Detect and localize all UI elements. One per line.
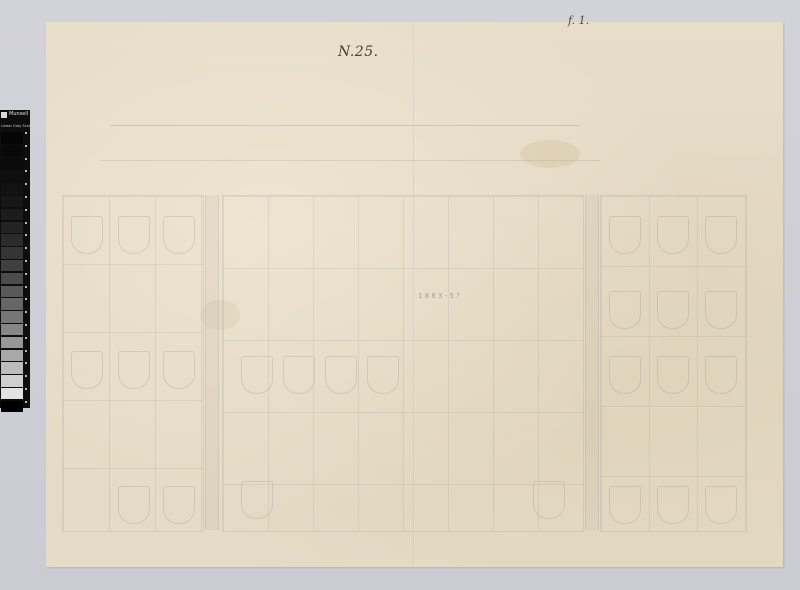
gray-patch: [1, 324, 23, 336]
munsell-logo-icon: [1, 112, 7, 118]
coat-of-arms-icon: [283, 356, 315, 394]
coat-of-arms-icon: [241, 356, 273, 394]
catalog-number: N.25.: [338, 44, 379, 60]
coat-of-arms-icon: [609, 486, 641, 524]
gray-patch: [1, 170, 23, 182]
coat-of-arms-icon: [657, 486, 689, 524]
corner-mark: f. 1.: [568, 14, 589, 27]
scale-tick: [25, 196, 27, 198]
ghost-center-panel: [222, 195, 584, 532]
scale-tick: [25, 209, 27, 211]
scale-tick: [25, 401, 27, 403]
scale-tick: [25, 375, 27, 377]
coat-of-arms-icon: [163, 351, 195, 389]
scale-tick: [25, 132, 27, 134]
gray-patch: [1, 145, 23, 157]
gray-patch: [1, 362, 23, 374]
scale-tick: [25, 362, 27, 364]
coat-of-arms-icon: [609, 216, 641, 254]
scale-label: Linear Gray Scale: [1, 124, 32, 128]
gray-patch: [1, 132, 23, 144]
gray-patch: [1, 209, 23, 221]
scale-tick: [25, 247, 27, 249]
coat-of-arms-icon: [705, 486, 737, 524]
scale-tick: [25, 170, 27, 172]
scale-tick: [25, 388, 27, 390]
gray-patch: [1, 158, 23, 170]
paper-stain: [520, 140, 580, 168]
scale-tick: [25, 273, 27, 275]
coat-of-arms-icon: [118, 216, 150, 254]
gray-patch: [1, 375, 23, 387]
ghost-right-heraldry: [600, 195, 747, 532]
gray-patch: [1, 234, 23, 246]
scale-tick: [25, 311, 27, 313]
gray-patch: [1, 337, 23, 349]
coat-of-arms-icon: [705, 356, 737, 394]
coat-of-arms-icon: [71, 351, 103, 389]
scale-tick: [25, 286, 27, 288]
coat-of-arms-icon: [705, 216, 737, 254]
gray-patch: [1, 247, 23, 259]
coat-of-arms-icon: [657, 356, 689, 394]
gray-patch: [1, 260, 23, 272]
coat-of-arms-icon: [163, 486, 195, 524]
ghost-border-column: [205, 195, 219, 530]
coat-of-arms-icon: [241, 481, 273, 519]
coat-of-arms-icon: [533, 481, 565, 519]
gray-patch: [1, 298, 23, 310]
scale-tick: [25, 234, 27, 236]
gray-patch: [1, 388, 23, 400]
scale-tick: [25, 183, 27, 185]
scale-tick: [25, 337, 27, 339]
scale-tick: [25, 158, 27, 160]
coat-of-arms-icon: [325, 356, 357, 394]
gray-patch: [1, 286, 23, 298]
coat-of-arms-icon: [657, 216, 689, 254]
gray-patch: [1, 183, 23, 195]
scale-tick: [25, 350, 27, 352]
scale-tick: [25, 145, 27, 147]
gray-patch: [1, 273, 23, 285]
gray-patch: [1, 350, 23, 362]
gray-patch: [1, 401, 23, 413]
gray-patch: [1, 196, 23, 208]
crease-line: [110, 125, 580, 126]
scale-tick: [25, 324, 27, 326]
ghost-left-heraldry: [62, 195, 204, 532]
coat-of-arms-icon: [163, 216, 195, 254]
coat-of-arms-icon: [367, 356, 399, 394]
coat-of-arms-icon: [609, 291, 641, 329]
gray-patch: [1, 222, 23, 234]
coat-of-arms-icon: [705, 291, 737, 329]
coat-of-arms-icon: [118, 351, 150, 389]
scale-tick: [25, 222, 27, 224]
gray-patches: [1, 132, 23, 414]
scale-ticks: [25, 132, 29, 414]
scale-tick: [25, 298, 27, 300]
coat-of-arms-icon: [118, 486, 150, 524]
munsell-gray-scale-card: Munsell Linear Gray Scale: [0, 110, 30, 408]
scale-tick: [25, 260, 27, 262]
ghost-border-column: [585, 195, 599, 530]
coat-of-arms-icon: [657, 291, 689, 329]
pencil-mark: 1 8 8 3 - 5 ?: [418, 292, 460, 300]
coat-of-arms-icon: [71, 216, 103, 254]
coat-of-arms-icon: [609, 356, 641, 394]
gray-patch: [1, 311, 23, 323]
scale-brand: Munsell: [9, 111, 28, 117]
